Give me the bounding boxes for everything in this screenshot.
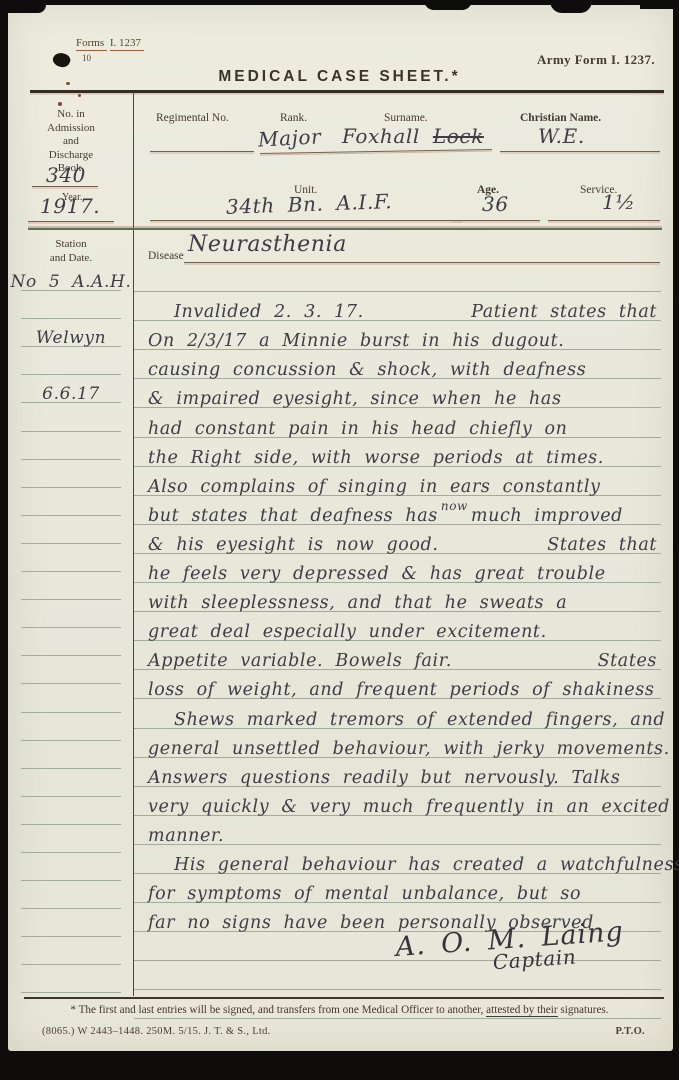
field-underline <box>452 220 540 221</box>
title-rule <box>30 90 664 93</box>
scanned-document-page: { "form": { "stamp": {"line1": "Forms", … <box>0 0 679 1080</box>
note-text: he feels very depressed & has great trou… <box>148 564 606 584</box>
note-row <box>134 263 661 292</box>
rank-label: Rank. <box>280 112 307 124</box>
note-text: Patient states that <box>471 302 657 322</box>
note-text: great deal especially under excitement. <box>148 622 547 642</box>
station-row <box>10 600 132 628</box>
ink-speck <box>58 102 62 106</box>
note-row: but states that deafness hasnowmuch impr… <box>134 496 661 525</box>
admission-number-value: 340 <box>46 163 86 187</box>
station-row <box>10 403 132 431</box>
station-row-line <box>21 571 121 572</box>
station-row <box>10 488 132 516</box>
field-underline <box>150 151 254 152</box>
note-text: Also complains of singing in ears consta… <box>148 477 601 497</box>
station-entry-text: No 5 A.A.H. <box>11 272 132 292</box>
scan-edge-notch <box>424 0 472 10</box>
station-row <box>10 572 132 600</box>
station-row-line <box>21 515 121 516</box>
station-row <box>10 291 132 319</box>
forms-stamp: Forms I. 1237 10 <box>76 36 144 65</box>
station-row <box>10 684 132 712</box>
station-row: Welwyn <box>10 319 132 347</box>
note-text: Invalided 2. 3. 17. <box>174 302 364 322</box>
note-row: Invalided 2. 3. 17.Patient states that <box>134 292 661 321</box>
note-text: States that <box>547 535 657 555</box>
station-entry-text: Welwyn <box>36 328 106 348</box>
army-form-number: Army Form I. 1237. <box>537 52 655 68</box>
forms-stamp-line1: Forms <box>76 36 107 51</box>
station-row-line <box>21 992 121 993</box>
note-row: manner. <box>134 816 661 845</box>
station-row-line <box>21 543 121 544</box>
note-row: general unsettled behaviour, with jerky … <box>134 729 661 758</box>
station-row <box>10 797 132 825</box>
station-row-line <box>21 431 121 432</box>
station-date-label: Station and Date. <box>12 238 130 265</box>
note-text: much improved <box>471 506 623 526</box>
note-text: general unsettled behaviour, with jerky … <box>148 739 670 759</box>
note-row: causing concussion & shock, with deafnes… <box>134 350 661 379</box>
station-row <box>10 937 132 965</box>
note-row: with sleeplessness, and that he sweats a <box>134 583 661 612</box>
footnote-underlined-text: attested by their <box>486 1004 557 1017</box>
station-row <box>10 825 132 853</box>
field-underline <box>500 151 660 152</box>
surname-struck-text: Lock <box>433 124 484 148</box>
note-text: loss of weight, and frequent periods of … <box>148 680 654 700</box>
note-text: the Right side, with worse periods at ti… <box>148 448 604 468</box>
note-text: Appetite variable. Bowels fair. <box>148 651 452 671</box>
station-row <box>10 516 132 544</box>
surname-label: Surname. <box>384 112 428 124</box>
note-row: & impaired eyesight, since when he has <box>134 379 661 408</box>
station-rows: No 5 A.A.H.Welwyn6.6.17 <box>10 263 132 993</box>
station-row <box>10 656 132 684</box>
station-row-line <box>21 852 121 853</box>
station-row-line <box>21 796 121 797</box>
note-text: States <box>598 651 657 671</box>
footnote: * The first and last entries will be sig… <box>0 1004 679 1016</box>
surname-value: Foxhall Lock <box>342 124 484 148</box>
note-row: His general behaviour has created a watc… <box>134 845 661 874</box>
station-row <box>10 713 132 741</box>
admission-label-line: Admission <box>12 122 130 136</box>
station-row-line: Welwyn <box>21 326 121 347</box>
note-text: had constant pain in his head chiefly on <box>148 419 567 439</box>
station-row-line <box>21 487 121 488</box>
note-row: he feels very depressed & has great trou… <box>134 554 661 583</box>
note-text: with sleeplessness, and that he sweats a <box>148 593 567 613</box>
station-row-line <box>21 712 121 713</box>
station-row <box>10 544 132 572</box>
station-row-line <box>21 459 121 460</box>
note-text: but states that deafness has <box>148 506 438 526</box>
station-row <box>10 460 132 488</box>
disease-label: Disease <box>148 250 184 262</box>
station-label-line: Station <box>12 238 130 252</box>
field-underline <box>150 220 462 221</box>
regimental-no-label: Regimental No. <box>156 112 229 124</box>
station-row-line <box>21 964 121 965</box>
admission-label-line: Discharge <box>12 149 130 163</box>
station-row-line <box>21 318 121 319</box>
station-entry-text: 6.6.17 <box>42 384 100 404</box>
admission-label-line: and <box>12 135 130 149</box>
note-row: Also complains of singing in ears consta… <box>134 467 661 496</box>
note-row: very quickly & very much frequently in a… <box>134 787 661 816</box>
note-row: Shews marked tremors of extended fingers… <box>134 699 661 728</box>
note-text: causing concussion & shock, with deafnes… <box>148 360 586 380</box>
rank-value: Major <box>257 124 321 151</box>
station-row-line <box>21 880 121 881</box>
note-text: & his eyesight is now good. <box>148 535 439 555</box>
note-text: now <box>441 496 468 516</box>
field-underline <box>32 186 98 187</box>
page-title: MEDICAL CASE SHEET.* <box>0 68 679 86</box>
station-row-line <box>21 655 121 656</box>
disease-value: Neurasthenia <box>188 232 347 257</box>
footnote-text: * The first and last entries will be sig… <box>70 1004 486 1016</box>
station-row <box>10 741 132 769</box>
pto-label: P.T.O. <box>615 1026 645 1037</box>
station-row <box>10 965 132 993</box>
note-row: loss of weight, and frequent periods of … <box>134 670 661 699</box>
note-row: for symptoms of mental unbalance, but so <box>134 874 661 903</box>
station-row-line <box>21 768 121 769</box>
note-text: On 2/3/17 a Minnie burst in his dugout. <box>148 331 564 351</box>
note-text: for symptoms of mental unbalance, but so <box>148 884 581 904</box>
station-row: No 5 A.A.H. <box>10 263 132 291</box>
note-text: & impaired eyesight, since when he has <box>148 389 562 409</box>
note-text: Answers questions readily but nervously.… <box>148 768 620 788</box>
note-text: very quickly & very much frequently in a… <box>148 797 670 817</box>
forms-stamp-line3: 10 <box>76 51 144 65</box>
station-row <box>10 769 132 797</box>
note-text: manner. <box>148 826 224 846</box>
station-row <box>10 909 132 937</box>
station-row <box>10 628 132 656</box>
field-underline <box>548 220 660 221</box>
scan-edge-notch <box>640 0 679 9</box>
scan-edge-notch <box>0 0 46 13</box>
station-row-line <box>21 627 121 628</box>
station-row <box>10 853 132 881</box>
note-row: had constant pain in his head chiefly on <box>134 408 661 437</box>
service-value: 1½ <box>602 190 635 214</box>
station-row-line <box>21 683 121 684</box>
station-row-line <box>21 824 121 825</box>
station-row <box>10 347 132 375</box>
note-text: Shews marked tremors of extended fingers… <box>174 710 665 730</box>
station-row-line: No 5 A.A.H. <box>21 270 121 291</box>
station-row-line <box>21 374 121 375</box>
forms-stamp-line2: I. 1237 <box>110 36 144 51</box>
note-row: Appetite variable. Bowels fair.States <box>134 641 661 670</box>
note-row: Answers questions readily but nervously.… <box>134 758 661 787</box>
note-row: On 2/3/17 a Minnie burst in his dugout. <box>134 321 661 350</box>
station-row: 6.6.17 <box>10 375 132 403</box>
station-row-line: 6.6.17 <box>21 382 121 403</box>
notes-rows: Invalided 2. 3. 17.Patient states thatOn… <box>134 263 661 1019</box>
note-text: His general behaviour has created a watc… <box>174 855 679 875</box>
station-row-line <box>21 599 121 600</box>
note-row: & his eyesight is now good.States that <box>134 525 661 554</box>
section-rule <box>28 228 662 230</box>
print-code: (8065.) W 2443–1448. 250M. 5/15. J. T. &… <box>42 1026 271 1037</box>
footer-rule <box>24 997 664 999</box>
station-row <box>10 881 132 909</box>
christian-name-value: W.E. <box>538 124 585 148</box>
footnote-text: signatures. <box>558 1004 609 1016</box>
year-value: 1917. <box>40 194 100 218</box>
station-row <box>10 432 132 460</box>
station-row-line <box>21 908 121 909</box>
note-row: the Right side, with worse periods at ti… <box>134 438 661 467</box>
note-row: great deal especially under excitement. <box>134 612 661 641</box>
surname-text: Foxhall <box>342 124 420 148</box>
ink-speck <box>78 94 81 97</box>
station-row-line <box>21 740 121 741</box>
admission-label-line: No. in <box>12 108 130 122</box>
field-underline <box>28 221 114 222</box>
station-row-line <box>21 936 121 937</box>
age-value: 36 <box>482 192 509 216</box>
scan-edge-notch <box>550 0 592 13</box>
christian-name-label: Christian Name. <box>520 112 601 124</box>
